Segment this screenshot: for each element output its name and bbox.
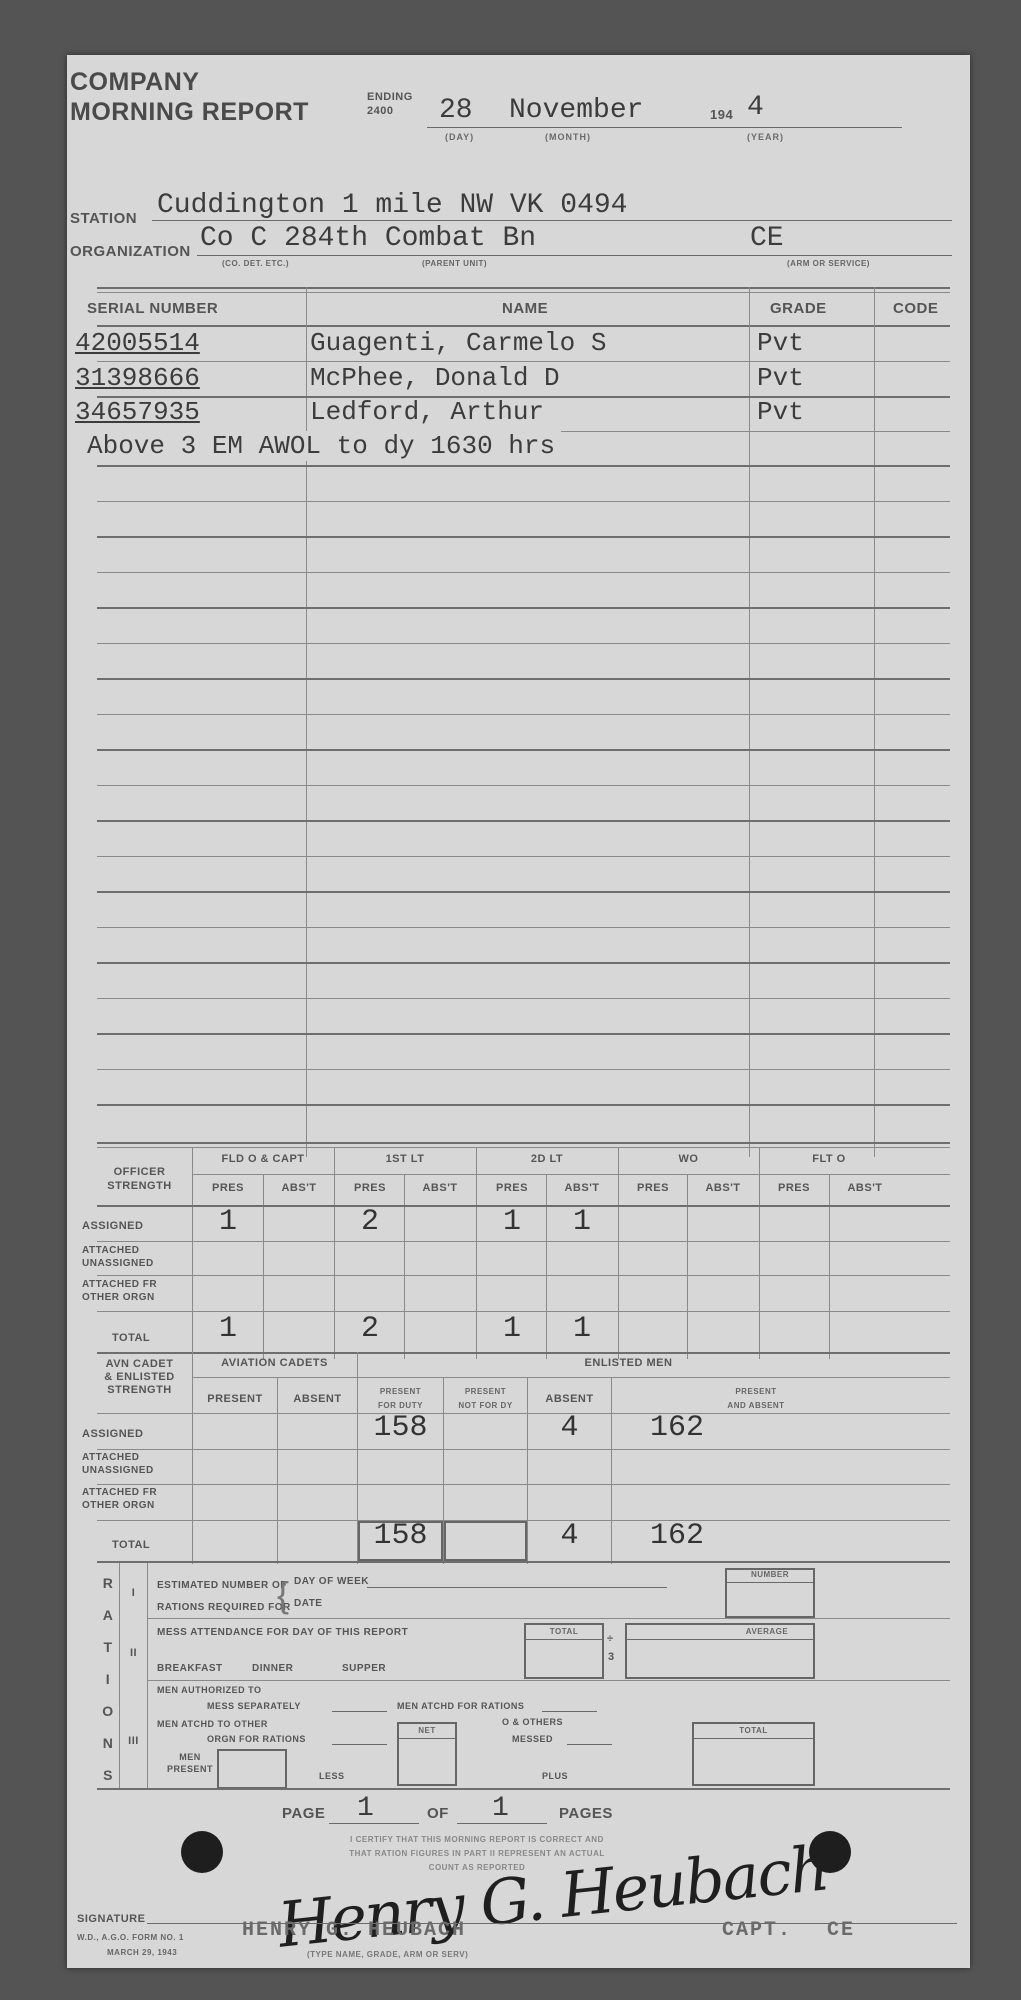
sub-line: PRESENT: [358, 1385, 443, 1399]
group-wo: WO: [618, 1153, 759, 1165]
row-label-assigned: ASSIGNED: [82, 1428, 143, 1440]
report-month: November: [509, 95, 643, 126]
group-fld-o-capt: FLD O & CAPT: [192, 1153, 334, 1165]
title-line-1: COMPANY: [70, 67, 309, 97]
date-label: DATE: [294, 1598, 322, 1609]
side-letter: R: [97, 1567, 119, 1599]
group-1st-lt: 1ST LT: [334, 1153, 476, 1165]
org-caption-parent: (PARENT UNIT): [422, 259, 487, 268]
divide-by: 3: [608, 1651, 615, 1663]
net-label: NET: [399, 1726, 455, 1735]
group-2d-lt: 2D LT: [476, 1153, 618, 1165]
title-line: AVN CADET: [87, 1358, 192, 1371]
serial-number: 42005514: [75, 328, 200, 358]
side-letter: O: [97, 1695, 119, 1727]
group-enlisted-men: ENLISTED MEN: [357, 1357, 900, 1369]
roster-col-divider-3: [874, 287, 875, 1157]
roster-header-line: [97, 325, 950, 327]
label-line: ATTACHED FR: [82, 1278, 157, 1291]
label-line: ATTACHED: [82, 1451, 154, 1464]
sub-abst: ABS'T: [688, 1182, 758, 1194]
part-i-label: ESTIMATED NUMBER OF RATIONS REQUIRED FOR: [157, 1575, 291, 1619]
form-date: MARCH 29, 1943: [107, 1948, 177, 1957]
organization-underline: [197, 255, 952, 256]
title-line: OFFICER: [87, 1165, 192, 1179]
form-number: W.D., A.G.O. FORM NO. 1: [77, 1933, 184, 1942]
day-of-week-label: DAY OF WEEK: [294, 1576, 369, 1587]
breakfast-label: BREAKFAST: [157, 1663, 223, 1674]
roster-remark: Above 3 EM AWOL to dy 1630 hrs: [87, 431, 561, 461]
em-absent-assigned: 4: [528, 1411, 611, 1445]
part-i-number: I: [120, 1587, 147, 1599]
men-atchd-rations-field[interactable]: [542, 1711, 597, 1712]
fld-capt-pres-total: 1: [193, 1312, 263, 1346]
em-absent-total: 4: [528, 1519, 611, 1553]
men-present-box[interactable]: [217, 1749, 287, 1789]
officer-strength-title: OFFICER STRENGTH: [87, 1165, 192, 1193]
form-title: COMPANY MORNING REPORT: [70, 67, 309, 127]
side-letter: T: [97, 1631, 119, 1663]
side-letter: N: [97, 1727, 119, 1759]
label-line: PRESENT: [167, 1763, 213, 1775]
row-line: [97, 361, 950, 362]
auth-line-1: MEN AUTHORIZED TO: [157, 1685, 262, 1695]
sub-present-and-absent: PRESENT AND ABSENT: [612, 1385, 900, 1413]
row-line: [97, 465, 950, 467]
of-label: OF: [427, 1805, 449, 1822]
others-line-2: MESSED: [512, 1734, 553, 1744]
member-grade: Pvt: [757, 363, 804, 393]
sub-abst: ABS'T: [547, 1182, 617, 1194]
enlisted-strength-title: AVN CADET & ENLISTED STRENGTH: [87, 1358, 192, 1397]
brace: {: [277, 1575, 289, 1615]
sub-cadet-present: PRESENT: [193, 1393, 277, 1405]
sub-line: PRESENT: [444, 1385, 527, 1399]
sub-line: NOT FOR DY: [444, 1399, 527, 1413]
atchd-other-field[interactable]: [332, 1744, 387, 1745]
mess-total-label: TOTAL: [526, 1627, 602, 1636]
2d-lt-pres-assigned: 1: [477, 1205, 547, 1239]
roster-col-divider-2: [749, 287, 750, 1157]
member-grade: Pvt: [757, 328, 804, 358]
ending-word: ENDING: [367, 90, 413, 104]
day-caption: (DAY): [445, 132, 474, 142]
row-label-attached-fr-other-orgn: ATTACHED FR OTHER ORGN: [82, 1486, 157, 1512]
less-label: LESS: [319, 1771, 345, 1781]
title-line-2: MORNING REPORT: [70, 97, 309, 127]
auth-line-2: MESS SEPARATELY: [207, 1701, 301, 1711]
typed-branch: CE: [827, 1919, 855, 1942]
morning-report-form: COMPANY MORNING REPORT ENDING 2400 28 (D…: [67, 55, 970, 1968]
plus-label: PLUS: [542, 1771, 568, 1781]
sub-abst: ABS'T: [405, 1182, 475, 1194]
station-underline: [152, 220, 952, 221]
member-name: Ledford, Arthur: [310, 397, 544, 427]
page-total: 1: [492, 1793, 509, 1824]
row-label-attached-fr-other-orgn: ATTACHED FR OTHER ORGN: [82, 1278, 157, 1304]
side-letter: S: [97, 1759, 119, 1791]
number-label: NUMBER: [727, 1570, 813, 1579]
fld-capt-pres-assigned: 1: [193, 1205, 263, 1239]
report-year-digit: 4: [747, 92, 764, 123]
2d-lt-abst-assigned: 1: [547, 1205, 617, 1239]
others-messed-field[interactable]: [567, 1744, 612, 1745]
year-prefix: 194: [710, 107, 733, 122]
label-line: ATTACHED FR: [82, 1486, 157, 1499]
dinner-label: DINNER: [252, 1663, 293, 1674]
supper-label: SUPPER: [342, 1663, 386, 1674]
part-ii-title: MESS ATTENDANCE FOR DAY OF THIS REPORT: [157, 1627, 408, 1638]
1st-lt-pres-total: 2: [335, 1312, 405, 1346]
ending-label: ENDING 2400: [367, 90, 413, 118]
header-code: CODE: [893, 300, 938, 317]
sub-em-absent: ABSENT: [528, 1393, 611, 1405]
sub-pres: PRES: [477, 1182, 547, 1194]
member-grade: Pvt: [757, 397, 804, 427]
sub-present-for-duty: PRESENT FOR DUTY: [358, 1385, 443, 1413]
sub-pres: PRES: [193, 1182, 263, 1194]
signature-label: SIGNATURE: [77, 1913, 145, 1925]
sub-present-not-for-duty: PRESENT NOT FOR DY: [444, 1385, 527, 1413]
label-line: UNASSIGNED: [82, 1464, 154, 1477]
serial-number: 34657935: [75, 397, 200, 427]
sub-pres: PRES: [335, 1182, 405, 1194]
roster-top-line-2: [97, 292, 950, 293]
cert-line: I CERTIFY THAT THIS MORNING REPORT IS CO…: [267, 1833, 687, 1847]
org-caption-company: (CO. DET. ETC.): [222, 259, 289, 268]
station-value: Cuddington 1 mile NW VK 0494: [157, 190, 627, 221]
label-line: OTHER ORGN: [82, 1291, 157, 1304]
group-aviation-cadets: AVIATION CADETS: [192, 1357, 357, 1369]
mess-separately-field[interactable]: [332, 1711, 387, 1712]
serial-number: 31398666: [75, 363, 200, 393]
1st-lt-pres-assigned: 2: [335, 1205, 405, 1239]
page-number: 1: [357, 1793, 374, 1824]
row-label-assigned: ASSIGNED: [82, 1220, 143, 1232]
em-present-and-absent-assigned: 162: [612, 1411, 742, 1445]
men-present-label: MEN PRESENT: [167, 1751, 213, 1775]
organization-value: Co C 284th Combat Bn: [200, 223, 536, 254]
title-line: & ENLISTED: [87, 1371, 192, 1384]
punch-hole-left-icon: [181, 1831, 223, 1873]
label-line: RATIONS REQUIRED FOR: [157, 1597, 291, 1619]
title-line: STRENGTH: [87, 1384, 192, 1397]
roster-col-divider-1: [306, 287, 307, 1157]
atchd-other-line-1: MEN ATCHD TO OTHER: [157, 1719, 268, 1729]
roster-top-line: [97, 287, 950, 289]
em-pnfd-total-box: [444, 1521, 527, 1561]
side-letter: A: [97, 1599, 119, 1631]
label-line: UNASSIGNED: [82, 1257, 154, 1270]
header-name: NAME: [502, 300, 548, 317]
em-present-for-duty-assigned: 158: [358, 1411, 443, 1445]
sub-pres: PRES: [760, 1182, 828, 1194]
label-line: ATTACHED: [82, 1244, 154, 1257]
date-underline: [427, 127, 902, 128]
year-caption: (YEAR): [747, 132, 784, 142]
month-caption: (MONTH): [545, 132, 591, 142]
member-name: McPhee, Donald D: [310, 363, 560, 393]
side-letter: I: [97, 1663, 119, 1695]
org-caption-arm: (ARM OR SERVICE): [787, 259, 870, 268]
average-label: AVERAGE: [722, 1627, 812, 1636]
sub-abst: ABS'T: [264, 1182, 334, 1194]
group-flt-o: FLT O: [759, 1153, 899, 1165]
label-line: MEN: [167, 1751, 213, 1763]
em-present-for-duty-total: 158: [358, 1519, 443, 1553]
row-label-attached-unassigned: ATTACHED UNASSIGNED: [82, 1451, 154, 1477]
title-line: STRENGTH: [87, 1179, 192, 1193]
row-label-total: TOTAL: [112, 1539, 150, 1551]
header-serial-number: SERIAL NUMBER: [87, 300, 218, 317]
page-number-line: [329, 1823, 419, 1824]
atchd-other-line-2: ORGN FOR RATIONS: [207, 1734, 306, 1744]
typed-rank: CAPT.: [722, 1919, 792, 1942]
sub-pres: PRES: [619, 1182, 687, 1194]
label-line: ESTIMATED NUMBER OF: [157, 1575, 291, 1597]
typed-name: HENRY G. HEUBACH: [242, 1919, 466, 1942]
station-label: STATION: [70, 210, 137, 227]
member-name: Guagenti, Carmelo S: [310, 328, 606, 358]
report-day: 28: [439, 95, 473, 126]
row-label-total: TOTAL: [112, 1332, 150, 1344]
page-label: PAGE: [282, 1805, 325, 1822]
rations-side-label: R A T I O N S: [97, 1567, 119, 1791]
total-iii-label: TOTAL: [694, 1726, 813, 1735]
part-iii-number: III: [120, 1735, 147, 1747]
2d-lt-abst-total: 1: [547, 1312, 617, 1346]
part-ii-number: II: [120, 1647, 147, 1659]
organization-label: ORGANIZATION: [70, 243, 191, 260]
label-line: OTHER ORGN: [82, 1499, 157, 1512]
ending-time: 2400: [367, 104, 413, 118]
arm-or-service-value: CE: [750, 223, 784, 254]
header-grade: GRADE: [770, 300, 827, 317]
men-atchd-rations-label: MEN ATCHD FOR RATIONS: [397, 1701, 524, 1711]
divide-sign: ÷: [607, 1633, 614, 1645]
sub-line: PRESENT: [612, 1385, 900, 1399]
row-label-attached-unassigned: ATTACHED UNASSIGNED: [82, 1244, 154, 1270]
sub-abst: ABS'T: [830, 1182, 900, 1194]
day-of-week-field[interactable]: [367, 1587, 667, 1588]
name-caption: (TYPE NAME, GRADE, ARM OR SERV): [307, 1950, 468, 1959]
sub-cadet-absent: ABSENT: [278, 1393, 357, 1405]
2d-lt-pres-total: 1: [477, 1312, 547, 1346]
others-line-1: O & OTHERS: [502, 1717, 563, 1727]
em-present-and-absent-total: 162: [612, 1519, 742, 1553]
pages-label: PAGES: [559, 1805, 613, 1822]
